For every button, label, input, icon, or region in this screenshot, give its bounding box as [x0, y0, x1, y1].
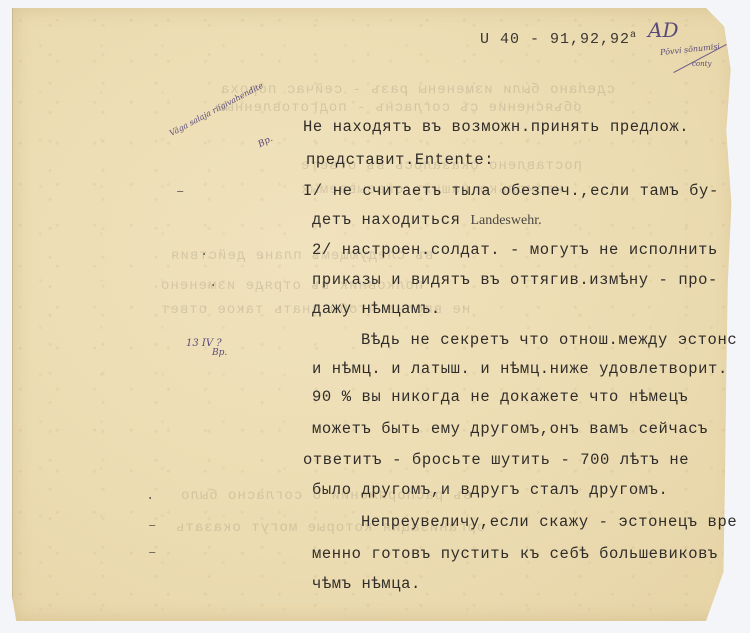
margin-dash: – — [148, 518, 156, 534]
text-line: менно готовъ пустить къ себѣ большевиков… — [312, 545, 718, 563]
margin-dash: – — [176, 184, 184, 200]
text-line: ответитъ - бросьте шутить - 700 лѣтъ не — [303, 451, 689, 469]
archive-reference: U 40 - 91,92,92a — [480, 30, 637, 48]
handwritten-note-top-2: conty — [692, 60, 711, 68]
text-line: Не находятъ въ возможн.принять предлож. — [303, 118, 689, 136]
text-line: 90 % вы никогда не докажете что нѣмецъ — [312, 388, 688, 406]
text-line-latin: Landeswehr. — [470, 213, 541, 228]
handwritten-initials: AD — [648, 18, 678, 42]
text-line: 2/ настроен.солдат. - могутъ не исполнит… — [312, 241, 718, 259]
text-line: Вѣдь не секретъ что отнош.между эстонс — [361, 331, 737, 349]
margin-dot: . — [146, 488, 154, 504]
text-line: Непреувеличу,если скажу - эстонецъ вре — [361, 513, 737, 531]
margin-dot: . — [209, 275, 217, 291]
text-line: можетъ быть ему другомъ,онъ вамъ сейчасъ — [312, 420, 708, 438]
text-line: I/ не считаетъ тыла обезпеч.,если тамъ б… — [303, 182, 719, 200]
margin-dot: . — [200, 244, 208, 260]
text-line: приказы и видятъ въ оттягив.измѣну - про… — [312, 271, 718, 289]
text-line: было другомъ,и вдругъ сталъ другомъ. — [312, 481, 668, 499]
text-line: детъ находиться Landeswehr. — [312, 211, 542, 229]
bleed-through-text: сделано были изменены разъ - сейчас поро… — [220, 82, 615, 98]
handwritten-margin-initials-2: Вр. — [212, 348, 227, 358]
margin-dash: – — [148, 545, 156, 561]
archive-reference-suffix: a — [630, 30, 637, 41]
text-line: представит.Entente: — [306, 151, 494, 169]
text-line: дажу нѣмцамъ. — [312, 300, 441, 318]
archive-reference-number: U 40 - 91,92,92 — [480, 31, 630, 48]
text-line: чѣмъ нѣмца. — [312, 575, 421, 593]
text-line: и нѣмц. и латыш. и нѣмц.ниже удовлетвори… — [312, 360, 728, 378]
text-line-cyrillic: детъ находиться — [312, 211, 461, 229]
bleed-through-text: объяснение съ согласнъ - подготовленные — [215, 100, 582, 116]
